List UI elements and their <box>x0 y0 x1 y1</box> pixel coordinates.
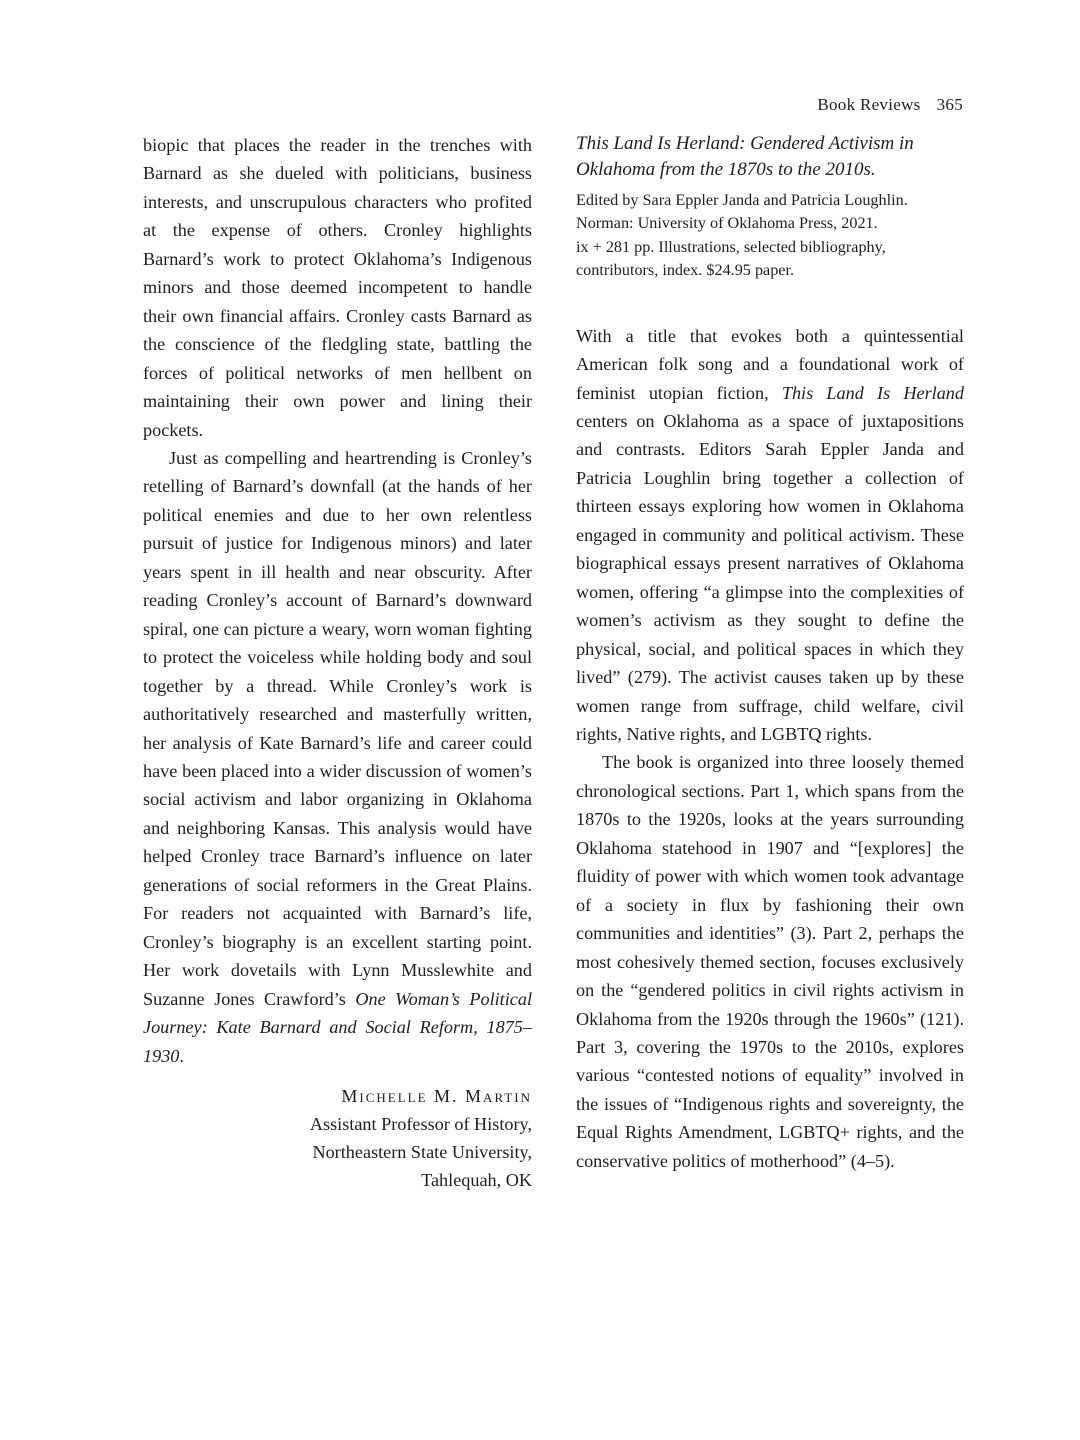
reviewer-affiliation-line: Assistant Professor of History, <box>143 1110 532 1138</box>
right-column: This Land Is Herland: Gendered Activism … <box>576 131 964 1175</box>
paragraph-text: centers on Oklahoma as a space of juxtap… <box>576 411 964 744</box>
reviewer-affiliation-line: Northeastern State University, <box>143 1138 532 1166</box>
citation-line: ix + 281 pp. Illustrations, selected bib… <box>576 236 964 259</box>
running-head-page-number: 365 <box>937 95 963 114</box>
review-book-title: This Land Is Herland: Gendered Activism … <box>576 131 964 182</box>
reviewer-signature: Michelle M. Martin Assistant Professor o… <box>143 1082 532 1195</box>
running-head-section-title: Book Reviews <box>817 95 920 114</box>
review-citation: Edited by Sara Eppler Janda and Patricia… <box>576 189 964 283</box>
running-head: Book Reviews365 <box>143 94 963 116</box>
paragraph: With a title that evokes both a quintess… <box>576 322 964 749</box>
paragraph: Just as compelling and heartrending is C… <box>143 444 532 1070</box>
reviewer-location-line: Tahlequah, OK <box>143 1166 532 1194</box>
book-title-italic: This Land Is Herland <box>782 383 964 403</box>
journal-page: Book Reviews365 biopic that places the r… <box>0 0 1080 1440</box>
paragraph-text: biopic that places the reader in the tre… <box>143 135 532 440</box>
paragraph: The book is organized into three loosely… <box>576 748 964 1175</box>
left-column: biopic that places the reader in the tre… <box>143 131 532 1195</box>
reviewer-name: Michelle M. Martin <box>143 1082 532 1110</box>
citation-line: Edited by Sara Eppler Janda and Patricia… <box>576 189 964 212</box>
paragraph: biopic that places the reader in the tre… <box>143 131 532 444</box>
citation-line: Norman: University of Oklahoma Press, 20… <box>576 212 964 235</box>
paragraph-text: Just as compelling and heartrending is C… <box>143 448 532 1009</box>
review-body: With a title that evokes both a quintess… <box>576 322 964 1176</box>
paragraph-text: . <box>179 1046 184 1066</box>
citation-line: contributors, index. $24.95 paper. <box>576 259 964 282</box>
paragraph-text: The book is organized into three loosely… <box>576 752 964 1170</box>
